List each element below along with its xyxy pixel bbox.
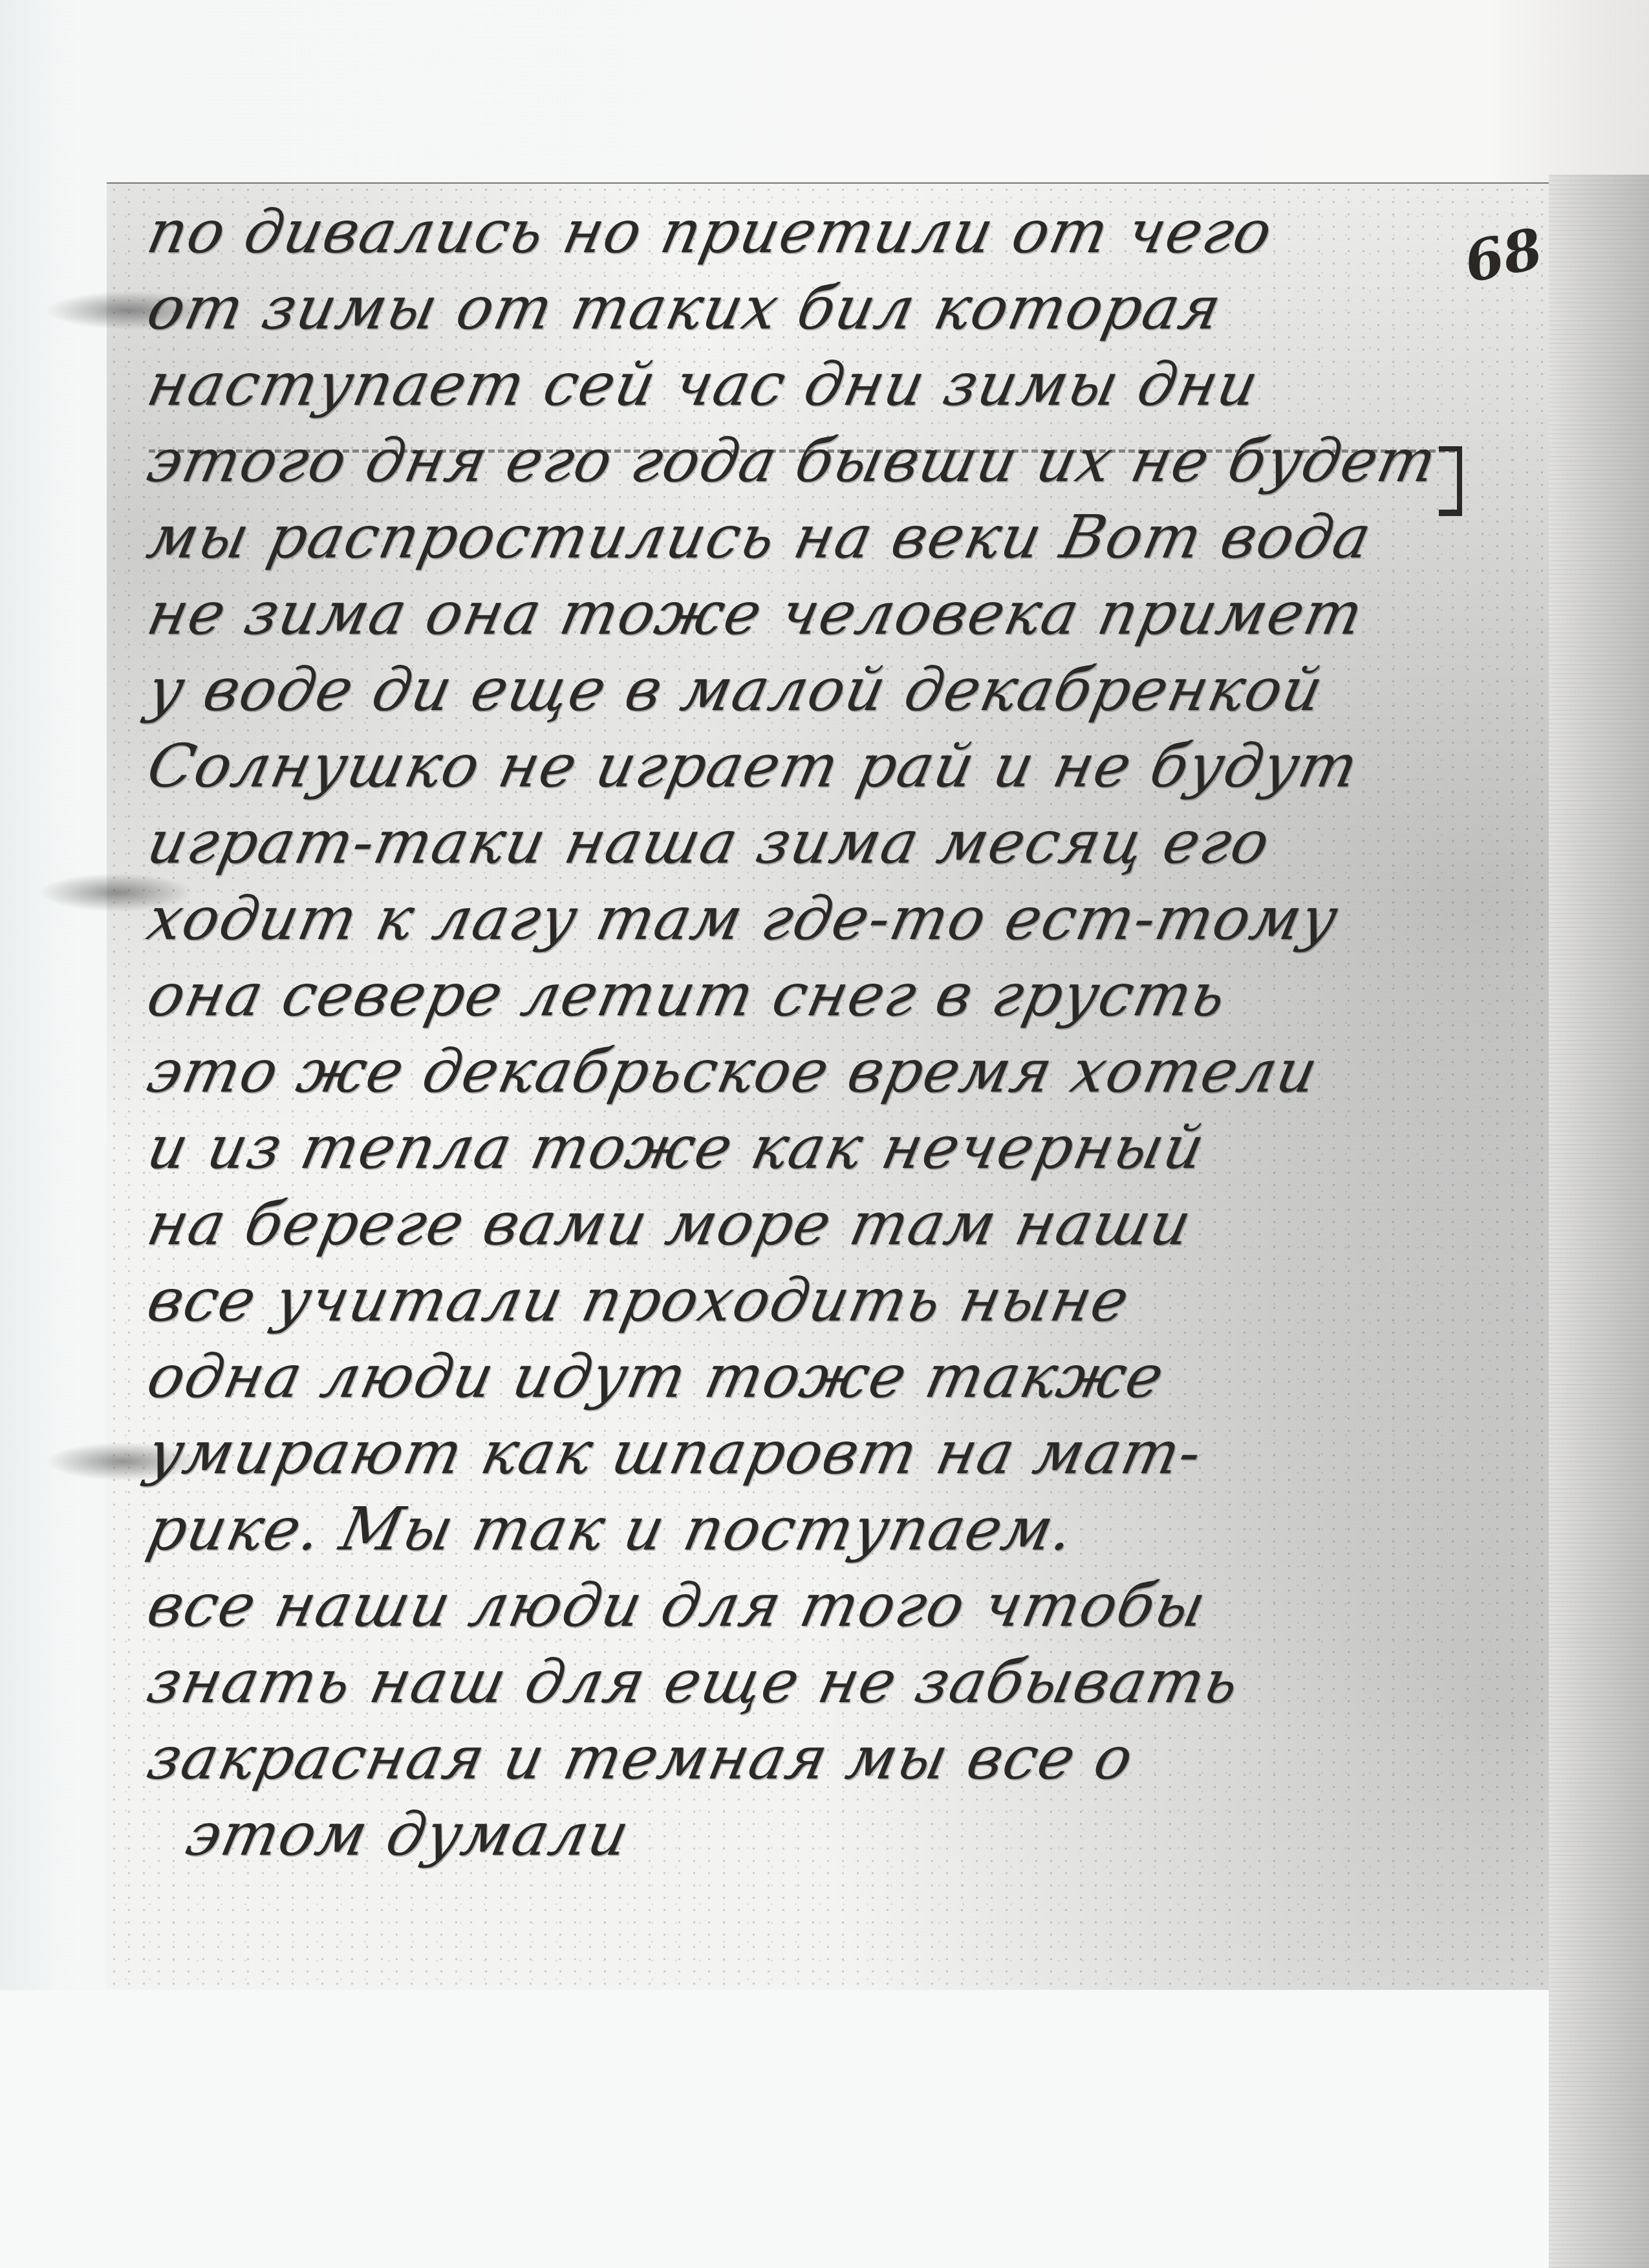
scanned-page: 68 по дивались но приетили от чего от зи… [0, 0, 1649, 2268]
handwritten-line: не зима она тоже человека примет [140, 576, 1547, 652]
handwritten-line: наступает сей час дни зимы дни [140, 347, 1547, 423]
handwritten-line: все учитали проходить ныне [140, 1262, 1547, 1339]
handwritten-line: она севере летит снег в грусть [140, 957, 1547, 1033]
handwritten-line: рике. Мы так и поступаем. [140, 1491, 1547, 1568]
scan-left-edge [0, 0, 52, 2268]
handwritten-line: играт-таки наша зима месяц его [140, 805, 1547, 881]
handwritten-line: Солнушко не играет рай и не будут [140, 728, 1547, 805]
handwritten-line: у воде ди еще в малой декабренкой [140, 652, 1547, 728]
handwritten-line: по дивались но приетили от чего [140, 194, 1547, 270]
handwritten-line: одна люди идут тоже также [140, 1339, 1547, 1415]
handwritten-line-bracketed: этого дня его года бывши их не будет [140, 423, 1547, 499]
handwritten-line: это же декабрьское время хотели [140, 1033, 1547, 1110]
handwritten-line: все наши люди для того чтобы [140, 1568, 1547, 1644]
blank-margin-bottom [0, 1990, 1549, 2268]
scan-right-shadow [1549, 175, 1649, 2268]
handwritten-line: закрасная и темная мы все о [140, 1720, 1547, 1797]
handwritten-line: этом думали [140, 1797, 1547, 1873]
handwritten-line: умирают как шпаровт на мат- [140, 1415, 1547, 1491]
handwritten-line: от зимы от таких бил которая [140, 270, 1547, 347]
handwritten-line: на береге вами море там наши [140, 1186, 1547, 1262]
handwritten-line: мы распростились на веки Вот вода [140, 499, 1547, 576]
handwritten-line: и из тепла тоже как нечерный [140, 1110, 1547, 1186]
handwritten-line: знать наш для еще не забывать [140, 1644, 1547, 1720]
handwritten-line: ходит к лагу там где-то ест-тому [140, 881, 1547, 957]
handwritten-text-block: по дивались но приетили от чего от зимы … [149, 194, 1539, 1873]
